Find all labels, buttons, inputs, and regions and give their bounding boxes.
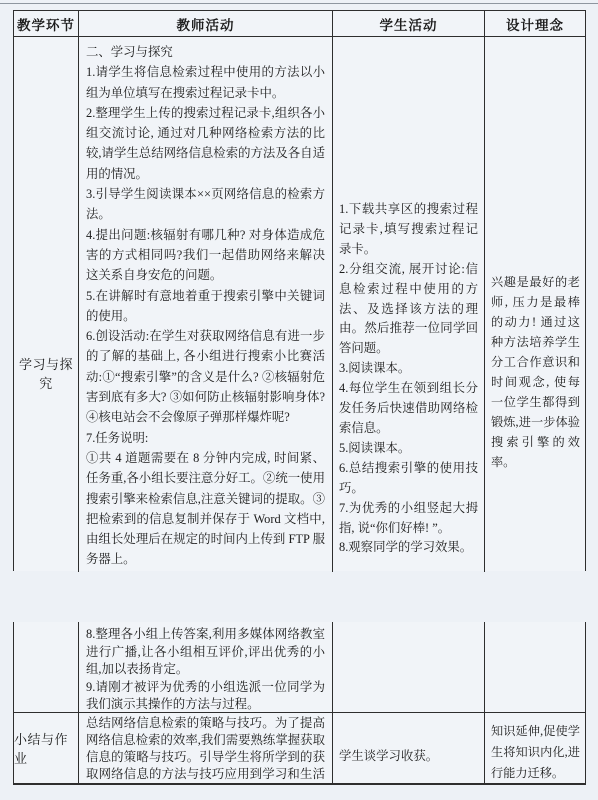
- stage-cell-learning-exploration: 学习与探究: [14, 37, 79, 572]
- teacher-paragraph: 1.请学生将信息检索过程中使用的方法以小组为单位填写在搜索过程记录卡中。: [86, 62, 325, 103]
- student-paragraph: 5.阅读课本。: [339, 439, 478, 459]
- teacher-paragraph: 4.提出问题:核辐射有哪几种? 对身体造成危害的方式相同吗?我们一起借助网络来解…: [86, 225, 325, 286]
- student-activity-cell-summary: 学生谈学习收获。: [333, 713, 485, 783]
- teacher-activity-cell-summary: 总结网络信息检索的策略与技巧。为了提高网络信息检索的效率,我们需要熟练掌握获取信…: [79, 713, 333, 783]
- student-paragraph: 7.为优秀的小组竖起大拇指, 说“你们好棒! ”。: [339, 499, 478, 539]
- student-paragraph: 8.观察同学的学习效果。: [339, 538, 478, 558]
- student-paragraph: 3.阅读课本。: [339, 359, 478, 379]
- teacher-paragraph: 7.任务说明:: [86, 428, 325, 448]
- design-philosophy-cell-empty: [485, 622, 585, 712]
- teacher-paragraph: ①共 4 道题需要在 8 分钟内完成, 时间紧、任务重,各小组长要注意分好工。②…: [86, 448, 325, 570]
- student-paragraph: 2.分组交流, 展开讨论:信息检索过程中使用的方法、及选择该方法的理由。然后推荐…: [339, 260, 478, 360]
- lesson-plan-table-upper: 教学环节 教师活动 学生活动 设计理念 学习与探究 二、学习与探究 1.请学生将…: [13, 10, 586, 571]
- student-activity-cell: 1.下载共享区的搜索过程记录卡,填写搜索过程记录卡。 2.分组交流, 展开讨论:…: [333, 37, 485, 572]
- table-header-row: 教学环节 教师活动 学生活动 设计理念: [14, 11, 585, 37]
- design-paragraph: 兴趣是最好的老师, 压力是最棒的动力! 通过这种方法培养学生分工合作意识和时间观…: [491, 272, 580, 472]
- table-row-learning-exploration: 学习与探究 二、学习与探究 1.请学生将信息检索过程中使用的方法以小组为单位填写…: [14, 37, 585, 572]
- teacher-paragraph: 2.整理学生上传的搜索过程记录卡,组织各小组交流讨论, 通过对几种网络检索方法的…: [86, 103, 325, 184]
- student-paragraph: 6.总结搜索引擎的使用技巧。: [339, 459, 478, 499]
- table-row-learning-exploration-continued: 8.整理各小组上传答案,利用多媒体网络教室进行广播,让各小组相互评价,评出优秀的…: [14, 622, 585, 713]
- table-row-summary-homework: 小结与作业 总结网络信息检索的策略与技巧。为了提高网络信息检索的效率,我们需要熟…: [14, 713, 585, 783]
- design-philosophy-cell-summary: 知识延伸,促使学生将知识内化,进行能力迁移。: [485, 713, 585, 783]
- header-teaching-stage: 教学环节: [14, 11, 79, 36]
- stage-cell-summary-homework: 小结与作业: [14, 713, 79, 783]
- teacher-paragraph: 6.创设活动:在学生对获取网络信息有进一步的了解的基础上, 各小组进行搜索小比赛…: [86, 326, 325, 427]
- student-paragraph: 1.下载共享区的搜索过程记录卡,填写搜索过程记录卡。: [339, 200, 478, 260]
- header-teacher-activity: 教师活动: [79, 11, 333, 36]
- teacher-paragraph: 二、学习与探究: [86, 42, 325, 62]
- teacher-paragraph: 5.在讲解时有意地着重于搜索引擎中关键词的使用。: [86, 286, 325, 327]
- header-design-philosophy: 设计理念: [485, 11, 585, 36]
- lesson-plan-table-lower: 8.整理各小组上传答案,利用多媒体网络教室进行广播,让各小组相互评价,评出优秀的…: [13, 622, 586, 785]
- teacher-paragraph: 3.引导学生阅读课本××页网络信息的检索方法。: [86, 184, 325, 225]
- document-page: 教学环节 教师活动 学生活动 设计理念 学习与探究 二、学习与探究 1.请学生将…: [0, 0, 598, 800]
- teacher-paragraph: 9.请刚才被评为优秀的小组选派一位同学为我们演示其操作的方法与过程。: [86, 679, 325, 712]
- header-student-activity: 学生活动: [333, 11, 485, 36]
- teacher-paragraph: 8.整理各小组上传答案,利用多媒体网络教室进行广播,让各小组相互评价,评出优秀的…: [86, 626, 325, 679]
- design-philosophy-cell: 兴趣是最好的老师, 压力是最棒的动力! 通过这种方法培养学生分工合作意识和时间观…: [485, 37, 585, 572]
- teacher-activity-cell-continued: 8.整理各小组上传答案,利用多媒体网络教室进行广播,让各小组相互评价,评出优秀的…: [79, 622, 333, 712]
- teacher-activity-cell: 二、学习与探究 1.请学生将信息检索过程中使用的方法以小组为单位填写在搜索过程记…: [79, 37, 333, 572]
- stage-cell-empty: [14, 622, 79, 712]
- student-activity-cell-empty: [333, 622, 485, 712]
- page-top-rule: [0, 3, 598, 4]
- student-paragraph: 4.每位学生在领到组长分发任务后快速借助网络检索信息。: [339, 379, 478, 439]
